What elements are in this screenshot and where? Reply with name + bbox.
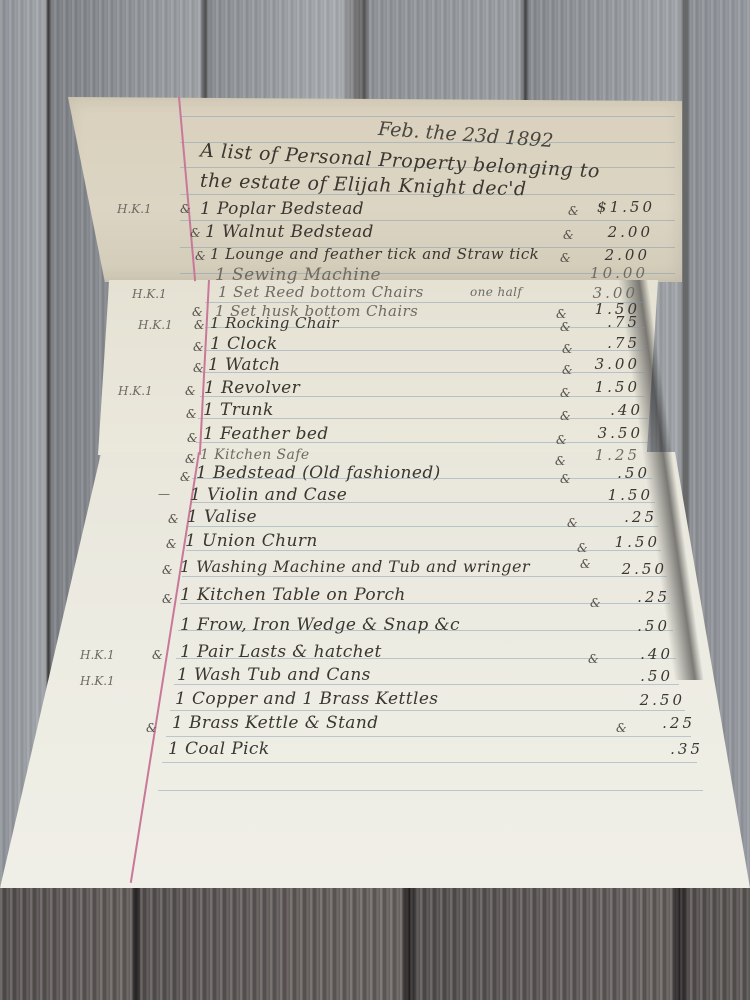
tick-mark: &: [193, 340, 204, 354]
list-item: 1 Rocking Chair: [210, 314, 339, 332]
list-item: 1 Frow, Iron Wedge & Snap &c: [180, 615, 460, 635]
item-amount: .50: [598, 667, 673, 685]
tick-mark: &: [194, 318, 205, 332]
item-amount: .50: [595, 617, 670, 635]
item-amount: .40: [568, 401, 643, 419]
tick-mark: &: [185, 384, 196, 398]
list-item: 1 Clock: [210, 334, 278, 354]
margin-note: H.K.1: [132, 287, 167, 301]
tick-mark: &: [152, 648, 163, 662]
list-item: 1 Revolver: [204, 378, 300, 398]
tick-mark: —: [158, 487, 170, 501]
item-amount: $1.50: [580, 198, 655, 216]
list-item: 1 Pair Lasts & hatchet: [180, 642, 382, 662]
item-amount: 2.00: [578, 223, 653, 241]
list-item: 1 Washing Machine and Tub and wringer: [180, 557, 530, 576]
tick-mark: &: [146, 721, 157, 735]
amount-tick: &: [580, 557, 591, 571]
amount-tick: &: [556, 433, 567, 447]
list-item: 1 Lounge and feather tick and Straw tick: [210, 245, 539, 263]
amount-tick: &: [567, 516, 578, 530]
tick-mark: &: [190, 226, 201, 240]
item-amount: 1.50: [585, 533, 660, 551]
list-item: 1 Feather bed: [203, 424, 329, 444]
item-amount: 3.50: [568, 424, 643, 442]
margin-note: H.K.1: [118, 384, 153, 398]
list-item: 1 Kitchen Safe: [200, 447, 310, 463]
list-item: 1 Bedstead (Old fashioned): [196, 463, 441, 483]
list-item: 1 Coal Pick: [168, 739, 270, 759]
tick-mark: &: [180, 470, 191, 484]
margin-note: H.K.1: [138, 318, 173, 332]
list-item: 1 Copper and 1 Brass Kettles: [175, 689, 438, 709]
item-amount: .40: [598, 645, 673, 663]
amount-tick: &: [568, 204, 579, 218]
margin-note: H.K.1: [80, 648, 115, 662]
tick-mark: &: [187, 431, 198, 445]
item-amount: .35: [628, 740, 703, 758]
item-amount: 2.50: [605, 691, 685, 709]
tick-mark: &: [192, 305, 203, 319]
amount-tick: &: [560, 251, 571, 265]
list-item: 1 Walnut Bedstead: [205, 222, 374, 242]
tick-mark: &: [186, 407, 197, 421]
list-item: 1 Wash Tub and Cans: [177, 665, 371, 685]
item-amount: 1.50: [565, 378, 640, 396]
item-amount: .75: [565, 313, 640, 331]
amount-tick: &: [560, 472, 571, 486]
item-amount: 1.50: [578, 486, 653, 504]
list-item: 1 Watch: [208, 355, 280, 375]
item-amount: 3.00: [565, 355, 640, 373]
list-item: 1 Trunk: [203, 400, 274, 420]
item-amount: .50: [575, 464, 650, 482]
item-amount: .25: [595, 588, 670, 606]
item-amount: 10.00: [568, 264, 648, 282]
list-item: 1 Union Churn: [185, 531, 318, 551]
wood-table-background: [0, 886, 750, 1000]
tick-mark: &: [180, 202, 191, 216]
list-item: 1 Kitchen Table on Porch: [180, 585, 406, 605]
list-item: 1 Sewing Machine: [215, 265, 381, 285]
item-amount: 2.00: [575, 246, 650, 264]
item-amount: .25: [582, 508, 657, 526]
tick-mark: &: [162, 592, 173, 606]
margin-note: H.K.1: [117, 202, 152, 216]
tick-mark: &: [185, 452, 196, 466]
list-item: 1 Set Reed bottom Chairs: [218, 283, 424, 301]
list-item: 1 Violin and Case: [190, 485, 347, 505]
tick-mark: &: [195, 249, 206, 263]
margin-note: H.K.1: [80, 674, 115, 688]
list-item: 1 Valise: [187, 507, 257, 527]
tick-mark: &: [166, 537, 177, 551]
item-amount: .75: [565, 334, 640, 352]
item-annotation: one half: [470, 285, 522, 299]
tick-mark: &: [193, 361, 204, 375]
item-amount: 2.50: [592, 560, 667, 578]
item-amount: .25: [620, 714, 695, 732]
amount-tick: &: [563, 228, 574, 242]
list-item: 1 Poplar Bedstead: [200, 199, 364, 219]
list-item: 1 Brass Kettle & Stand: [172, 713, 378, 733]
tick-mark: &: [162, 563, 173, 577]
tick-mark: &: [168, 512, 179, 526]
item-amount: 1.25: [565, 446, 640, 464]
